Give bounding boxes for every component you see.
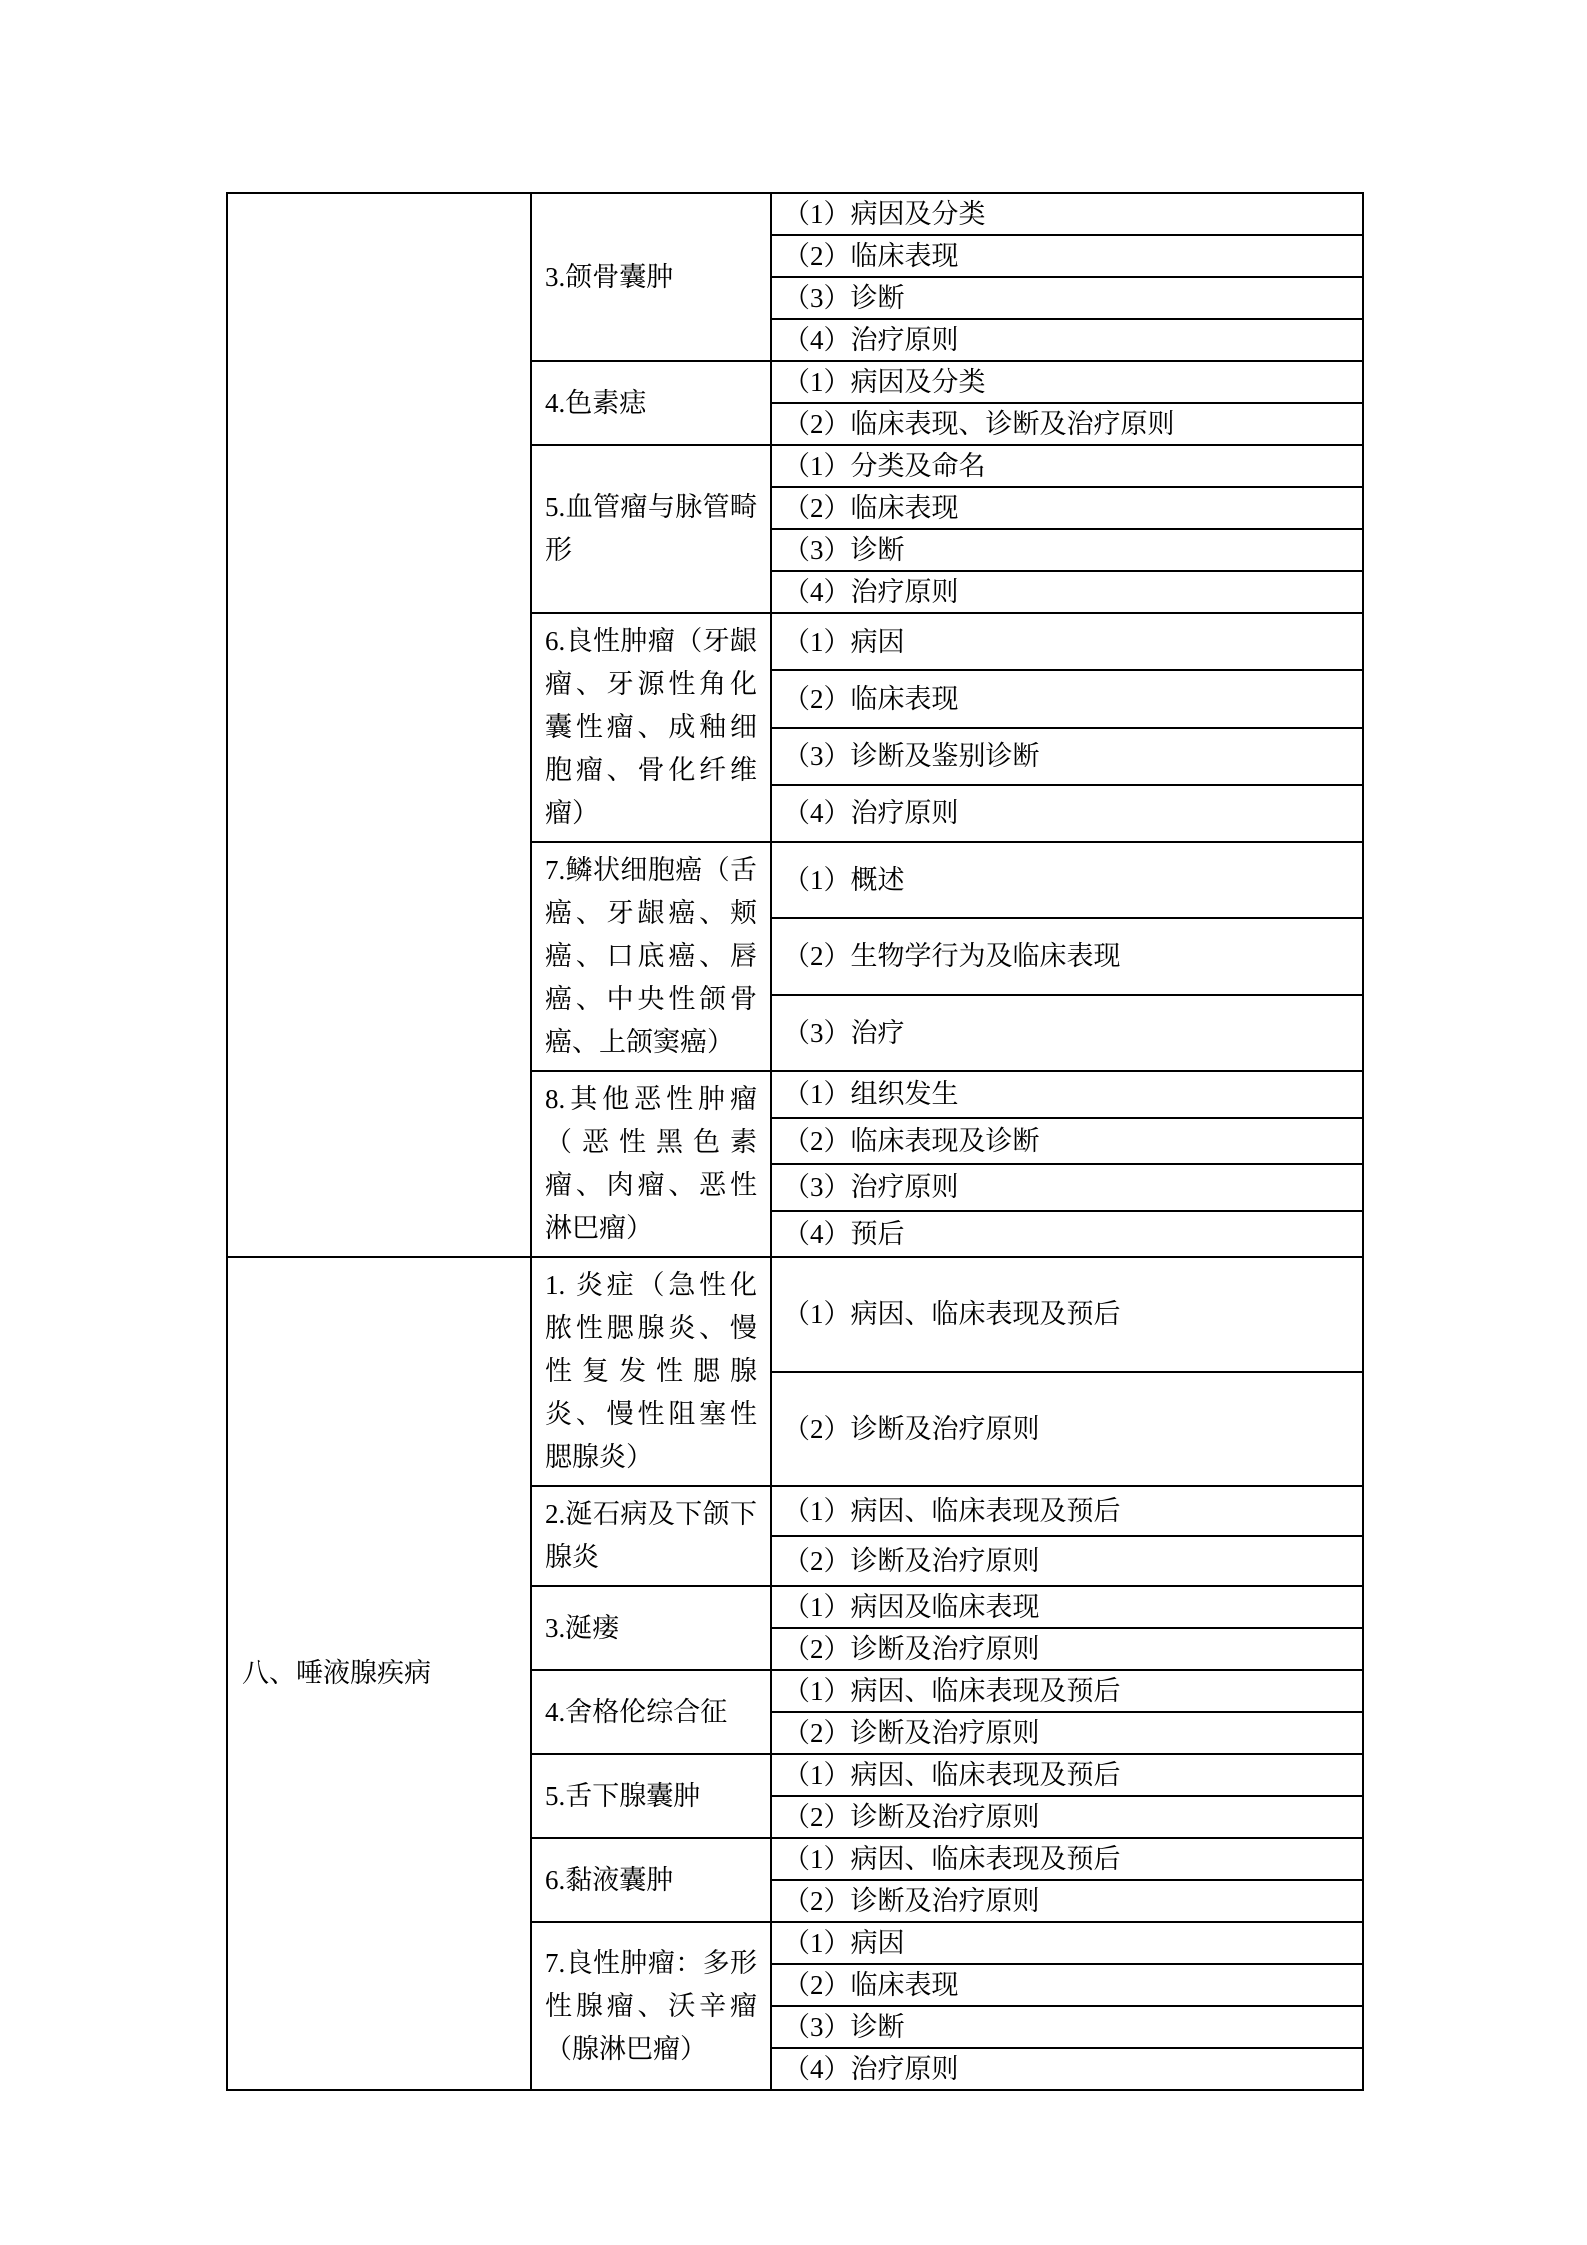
topic-cell: 7.鳞状细胞癌（舌癌、牙龈癌、颊癌、口底癌、唇癌、中央性颌骨癌、上颌窦癌） [531, 842, 771, 1071]
point-cell: （2）临床表现及诊断 [771, 1118, 1363, 1165]
point-cell: （2）诊断及治疗原则 [771, 1712, 1363, 1754]
table-row: 3.颌骨囊肿（1）病因及分类 [227, 193, 1363, 235]
topic-cell: 1. 炎症（急性化脓性腮腺炎、慢性复发性腮腺炎、慢性阻塞性腮腺炎） [531, 1257, 771, 1486]
point-cell: （3）治疗原则 [771, 1164, 1363, 1211]
point-cell: （3）诊断及鉴别诊断 [771, 728, 1363, 785]
table-row: 八、唾液腺疾病1. 炎症（急性化脓性腮腺炎、慢性复发性腮腺炎、慢性阻塞性腮腺炎）… [227, 1257, 1363, 1372]
point-cell: （1）病因、临床表现及预后 [771, 1754, 1363, 1796]
point-cell: （2）临床表现 [771, 487, 1363, 529]
point-cell: （3）诊断 [771, 277, 1363, 319]
point-cell: （3）治疗 [771, 995, 1363, 1071]
point-cell: （4）预后 [771, 1211, 1363, 1258]
topic-cell: 7.良性肿瘤：多形性腺瘤、沃辛瘤（腺淋巴瘤） [531, 1922, 771, 2090]
point-cell: （4）治疗原则 [771, 785, 1363, 842]
point-cell: （2）临床表现 [771, 1964, 1363, 2006]
point-cell: （1）病因 [771, 1922, 1363, 1964]
point-cell: （1）病因、临床表现及预后 [771, 1257, 1363, 1372]
topic-cell: 3.颌骨囊肿 [531, 193, 771, 361]
topic-cell: 2.涎石病及下颌下腺炎 [531, 1486, 771, 1586]
point-cell: （1）病因及分类 [771, 193, 1363, 235]
point-cell: （1）病因 [771, 613, 1363, 670]
point-cell: （1）病因、临床表现及预后 [771, 1838, 1363, 1880]
point-cell: （2）临床表现、诊断及治疗原则 [771, 403, 1363, 445]
point-cell: （2）诊断及治疗原则 [771, 1628, 1363, 1670]
point-cell: （3）诊断 [771, 2006, 1363, 2048]
point-cell: （2）临床表现 [771, 235, 1363, 277]
topic-cell: 4.舍格伦综合征 [531, 1670, 771, 1754]
point-cell: （4）治疗原则 [771, 571, 1363, 613]
topic-cell: 5.血管瘤与脉管畸形 [531, 445, 771, 613]
point-cell: （3）诊断 [771, 529, 1363, 571]
point-cell: （2）诊断及治疗原则 [771, 1372, 1363, 1487]
point-cell: （1）病因、临床表现及预后 [771, 1486, 1363, 1536]
category-cell [227, 193, 531, 1257]
topic-cell: 6.良性肿瘤（牙龈瘤、牙源性角化囊性瘤、成釉细胞瘤、骨化纤维瘤） [531, 613, 771, 842]
point-cell: （2）诊断及治疗原则 [771, 1880, 1363, 1922]
point-cell: （1）分类及命名 [771, 445, 1363, 487]
point-cell: （2）诊断及治疗原则 [771, 1536, 1363, 1586]
point-cell: （4）治疗原则 [771, 2048, 1363, 2090]
document-page: 3.颌骨囊肿（1）病因及分类（2）临床表现（3）诊断（4）治疗原则4.色素痣（1… [0, 0, 1587, 2245]
point-cell: （1）病因、临床表现及预后 [771, 1670, 1363, 1712]
point-cell: （1）组织发生 [771, 1071, 1363, 1118]
category-cell: 八、唾液腺疾病 [227, 1257, 531, 2090]
point-cell: （1）病因及临床表现 [771, 1586, 1363, 1628]
point-cell: （2）生物学行为及临床表现 [771, 918, 1363, 994]
syllabus-table: 3.颌骨囊肿（1）病因及分类（2）临床表现（3）诊断（4）治疗原则4.色素痣（1… [226, 192, 1364, 2091]
point-cell: （1）病因及分类 [771, 361, 1363, 403]
point-cell: （2）临床表现 [771, 670, 1363, 727]
topic-cell: 5.舌下腺囊肿 [531, 1754, 771, 1838]
topic-cell: 6.黏液囊肿 [531, 1838, 771, 1922]
topic-cell: 8.其他恶性肿瘤（恶性黑色素瘤、肉瘤、恶性淋巴瘤） [531, 1071, 771, 1257]
topic-cell: 3.涎瘘 [531, 1586, 771, 1670]
topic-cell: 4.色素痣 [531, 361, 771, 445]
point-cell: （2）诊断及治疗原则 [771, 1796, 1363, 1838]
point-cell: （1）概述 [771, 842, 1363, 918]
syllabus-table-body: 3.颌骨囊肿（1）病因及分类（2）临床表现（3）诊断（4）治疗原则4.色素痣（1… [227, 193, 1363, 2090]
point-cell: （4）治疗原则 [771, 319, 1363, 361]
